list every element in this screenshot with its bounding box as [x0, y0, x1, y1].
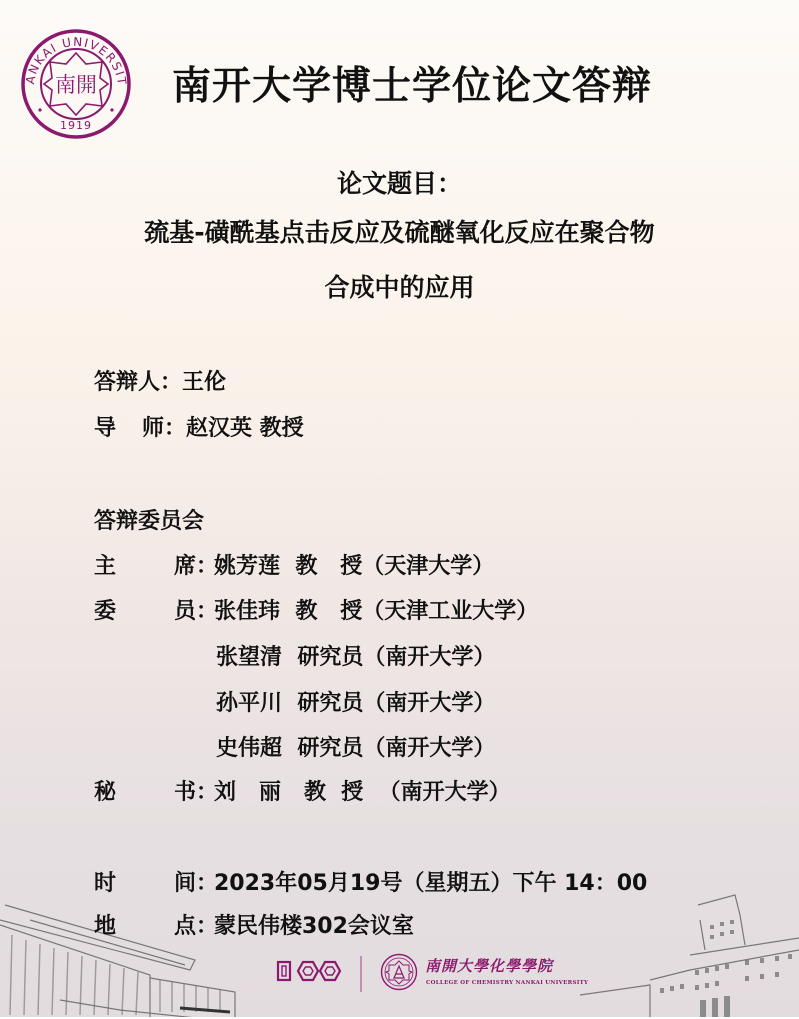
member-entry: 史伟超 研究员（南开大学）	[216, 736, 495, 761]
members-label-b: 员：	[174, 599, 218, 624]
committee-heading: 答辩委员会	[94, 504, 204, 535]
page-title: 南开大学博士学位论文答辩	[172, 55, 652, 111]
chair-entry: 姚芳莲 教 授（天津大学）	[214, 554, 494, 579]
time-row: 时间：2023年05月19号（星期五）下午 14：00	[94, 866, 647, 897]
college-emblem-icon	[380, 953, 418, 991]
chair-label-b: 席：	[174, 554, 218, 579]
committee-secretary-row: 秘书：刘 丽 教 授 （南开大学）	[94, 775, 511, 806]
advisor-label-b: 师：	[142, 416, 186, 441]
secretary-label-b: 书：	[174, 780, 218, 805]
centennial-100-logo	[276, 959, 344, 983]
time-label-a: 时	[94, 866, 174, 897]
committee-member-row: 张望清 研究员（南开大学）	[216, 640, 495, 671]
advisor-row: 导师：赵汉英 教授	[94, 411, 304, 442]
secretary-entry: 刘 丽 教 授 （南开大学）	[214, 780, 511, 805]
chair-label-a: 主	[94, 549, 174, 580]
defense-time: 2023年05月19号（星期五）下午 14：00	[214, 871, 647, 896]
seal-icon: NANKAI UNIVERSITY 1919 南開	[20, 28, 132, 140]
member-entry: 张望清 研究员（南开大学）	[216, 645, 495, 670]
member-entry: 张佳玮 教 授（天津工业大学）	[214, 599, 538, 624]
thesis-label: 论文题目：	[0, 164, 799, 200]
committee-member-row: 史伟超 研究员（南开大学）	[216, 731, 495, 762]
thesis-title-line2: 合成中的应用	[0, 268, 799, 304]
defense-place: 蒙民伟楼302会议室	[214, 914, 414, 939]
committee-member-row: 孙平川 研究员（南开大学）	[216, 686, 495, 717]
candidate-label: 答辩人：	[94, 370, 182, 395]
college-name-cn: 南開大學化學學院	[425, 955, 553, 976]
thesis-title-line1: 巯基-磺酰基点击反应及硫醚氧化反应在聚合物	[0, 213, 799, 249]
secretary-label-a: 秘	[94, 775, 174, 806]
place-label-a: 地	[94, 909, 174, 940]
candidate-name: 王伦	[182, 370, 226, 395]
library-building-sketch	[0, 880, 290, 1019]
place-row: 地点：蒙民伟楼302会议室	[94, 909, 414, 940]
footer-divider	[360, 956, 362, 992]
nankai-university-seal: NANKAI UNIVERSITY 1919 南開	[20, 28, 132, 140]
member-entry: 孙平川 研究员（南开大学）	[216, 691, 495, 716]
svg-text:1919: 1919	[60, 119, 92, 132]
members-label-a: 委	[94, 594, 174, 625]
committee-member-row: 委员：张佳玮 教 授（天津工业大学）	[94, 594, 538, 625]
advisor-name: 赵汉英 教授	[186, 416, 304, 441]
time-label-b: 间：	[174, 871, 218, 896]
committee-chair-row: 主席：姚芳莲 教 授（天津大学）	[94, 549, 494, 580]
place-label-b: 点：	[174, 914, 218, 939]
advisor-label-a: 导	[94, 411, 142, 442]
candidate-row: 答辩人：王伦	[94, 365, 226, 396]
college-name-en: COLLEGE OF CHEMISTRY NANKAI UNIVERSITY	[426, 980, 588, 986]
svg-text:南開: 南開	[55, 73, 97, 97]
